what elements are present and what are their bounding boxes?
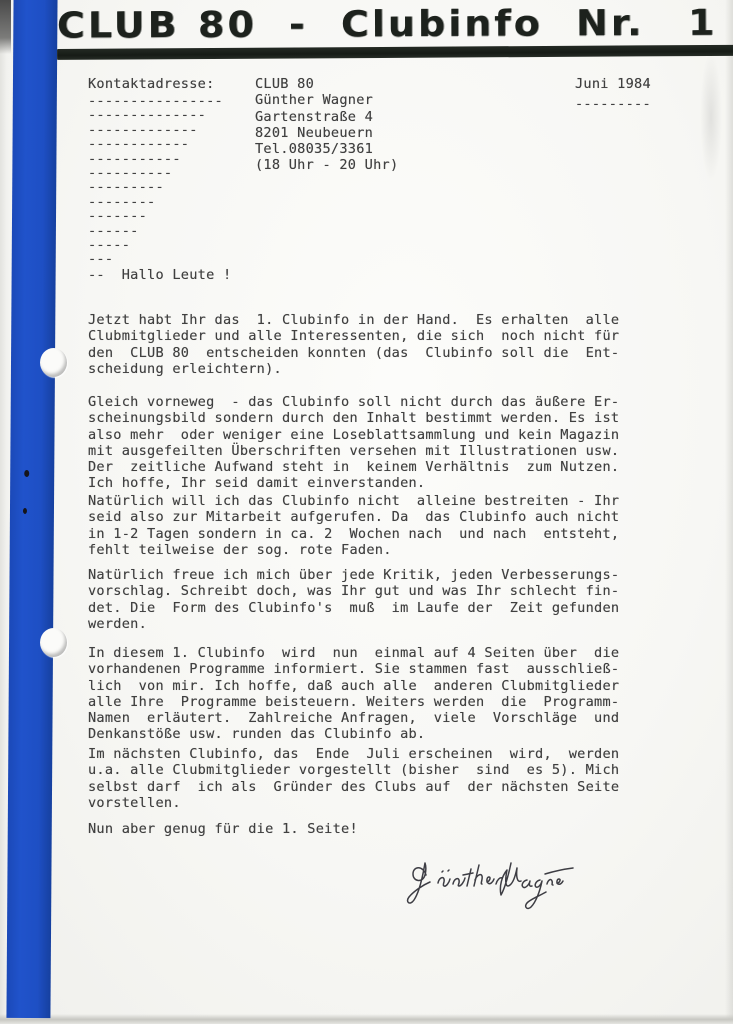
body-paragraph: In diesem 1. Clubinfo wird nun einmal au…: [88, 645, 619, 743]
punch-hole: [40, 628, 67, 657]
masthead-word: -: [289, 5, 308, 45]
body-paragraph: Im nächsten Clubinfo, das Ende Juli ersc…: [88, 746, 619, 811]
masthead-word: 1: [688, 3, 718, 43]
masthead-word: Nr.: [576, 3, 645, 43]
masthead-rule: [57, 45, 733, 60]
ink-speck: [24, 470, 29, 477]
greeting-line: -- Hallo Leute !: [88, 267, 231, 283]
binder-stripe: [6, 0, 57, 1018]
ink-speck: [23, 508, 27, 514]
punch-hole: [40, 348, 67, 377]
body-paragraph: Jetzt habt Ihr das 1. Clubinfo in der Ha…: [88, 312, 619, 377]
contact-label: Kontaktadresse:: [88, 76, 215, 92]
paper-edge-bottom: [0, 1014, 733, 1024]
masthead-word: 80: [198, 5, 257, 45]
masthead: CLUB 80 - Clubinfo Nr. 1: [0, 0, 733, 64]
issue-date: Juni 1984: [575, 76, 651, 92]
body-paragraph: Gleich vorneweg - das Clubinfo soll nich…: [88, 394, 619, 492]
dash-triangle: ---------------- -------------- --------…: [88, 94, 223, 267]
issue-date-underline: ---------: [575, 96, 651, 112]
masthead-word: CLUB: [57, 5, 180, 45]
scan-smudge: [700, 52, 722, 182]
closing-line: Nun aber genug für die 1. Seite!: [88, 821, 358, 837]
paper-edge-right: [725, 0, 733, 1024]
body-paragraph: Natürlich will ich das Clubinfo nicht al…: [88, 493, 619, 558]
body-paragraph: Natürlich freue ich mich über jede Kriti…: [88, 567, 619, 632]
masthead-word: Clubinfo: [341, 3, 543, 43]
scanned-newsletter-page: CLUB 80 - Clubinfo Nr. 1 Kontaktadresse:…: [0, 0, 733, 1024]
contact-address: CLUB 80 Günther Wagner Gartenstraße 4 82…: [255, 76, 398, 174]
signature-handwriting: [405, 852, 575, 916]
